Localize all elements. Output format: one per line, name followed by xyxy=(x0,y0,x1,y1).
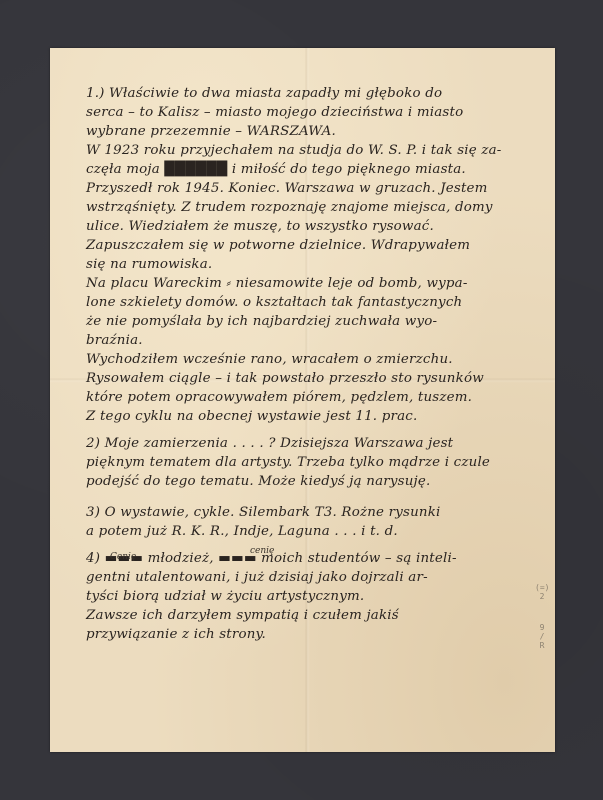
text-line: pięknym tematem dla artysty. Trzeba tylk… xyxy=(86,453,556,472)
text-line: Rysowałem ciągle – i tak powstało przesz… xyxy=(86,369,556,388)
text-line: a potem już R. K. R., Indje, Laguna . . … xyxy=(86,522,556,541)
text-line: częła moja ██████ i miłość do tego piękn… xyxy=(86,160,556,179)
text-line: ulice. Wiedziałem że muszę, to wszystko … xyxy=(86,217,556,236)
text-line: gentni utalentowani, i już dzisiaj jako … xyxy=(86,568,556,587)
paragraph-gap xyxy=(86,491,556,503)
text-line: że nie pomyślała by ich najbardziej zuch… xyxy=(86,312,556,331)
interlinear-correction: Cenię xyxy=(110,552,136,562)
text-line: się na rumowiska. xyxy=(86,255,556,274)
text-line: podejść do tego tematu. Może kiedyś ją n… xyxy=(86,472,556,491)
text-line: 3) O wystawie, cykle. Silembark T3. Rożn… xyxy=(86,503,556,522)
text-line: serca – to Kalisz – miasto mojego dzieci… xyxy=(86,103,556,122)
text-line: 4) ▬▬▬ młodzież, ▬▬▬ moich studentów – s… xyxy=(86,549,556,568)
margin-mark: 9 / R xyxy=(535,623,549,650)
margin-mark: (=) 2 xyxy=(535,583,549,601)
text-line: tyści biorą udział w życiu artystycznym. xyxy=(86,587,556,606)
text-line: 1.) Właściwie to dwa miasta zapadły mi g… xyxy=(86,84,556,103)
paragraph-gap xyxy=(86,541,556,549)
text-line: Zapuszczałem się w potworne dzielnice. W… xyxy=(86,236,556,255)
interlinear-correction: cenię xyxy=(250,546,274,556)
text-line: Zawsze ich darzyłem sympatią i czułem ja… xyxy=(86,606,556,625)
text-line: W 1923 roku przyjechałem na studja do W.… xyxy=(86,141,556,160)
text-line: które potem opracowywałem piórem, pędzle… xyxy=(86,388,556,407)
text-line: Na placu Wareckim ⸗ niesamowite leje od … xyxy=(86,274,556,293)
text-line: wybrane przezemnie – WARSZAWA. xyxy=(86,122,556,141)
text-line: braźnia. xyxy=(86,331,556,350)
text-line: Wychodziłem wcześnie rano, wracałem o zm… xyxy=(86,350,556,369)
text-line: 2) Moje zamierzenia . . . . ? Dzisiejsza… xyxy=(86,434,556,453)
text-line: wstrząśnięty. Z trudem rozpoznaję znajom… xyxy=(86,198,556,217)
text-line: Z tego cyklu na obecnej wystawie jest 11… xyxy=(86,407,556,426)
letter-page: 1.) Właściwie to dwa miasta zapadły mi g… xyxy=(50,48,555,752)
handwritten-text: 1.) Właściwie to dwa miasta zapadły mi g… xyxy=(86,84,556,644)
text-line: Przyszedł rok 1945. Koniec. Warszawa w g… xyxy=(86,179,556,198)
text-line: przywiązanie z ich strony. xyxy=(86,625,556,644)
paragraph-gap xyxy=(86,426,556,434)
text-line: lone szkielety domów. o kształtach tak f… xyxy=(86,293,556,312)
